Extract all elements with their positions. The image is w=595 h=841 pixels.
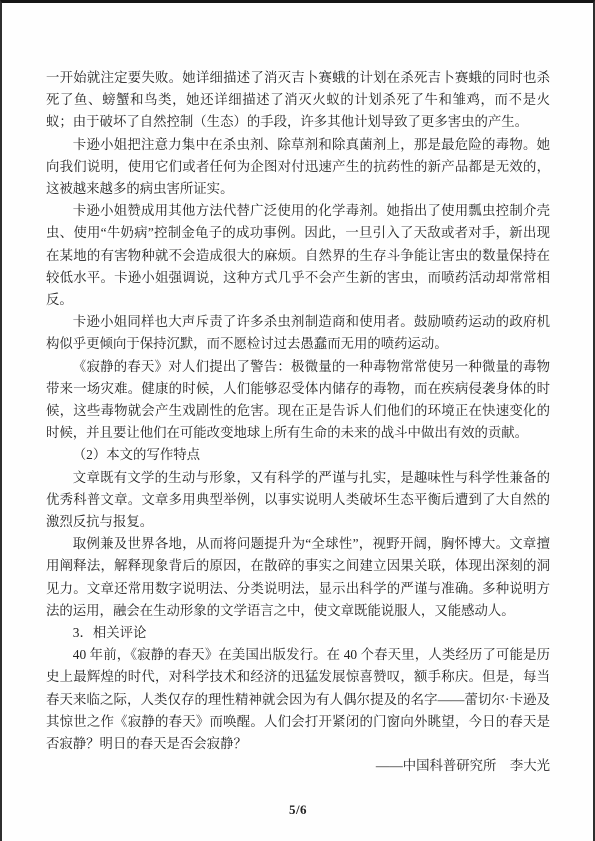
attribution-line: ——中国科普研究所 李大光: [46, 755, 550, 777]
document-body: 一开始就注定要失败。她详细描述了消灭吉卜赛蛾的计划在杀死吉卜赛蛾的同时也杀死了鱼…: [46, 67, 550, 778]
subsection-heading-related-comments: 3．相关评论: [46, 622, 550, 644]
subsection-heading-writing-features: （2）本文的写作特点: [46, 444, 550, 466]
paragraph: 卡逊小姐赞成用其他方法代替广泛使用的化学毒剂。她指出了使用瓢虫控制介壳虫、使用“…: [46, 200, 550, 311]
paragraph: 卡逊小姐把注意力集中在杀虫剂、除草剂和除真菌剂上，那是最危险的毒物。她向我们说明…: [46, 134, 550, 201]
page-number: 5/6: [46, 802, 550, 818]
paragraph: 《寂静的春天》对人们提出了警告：极微量的一种毒物常常使另一种微量的毒物带来一场灾…: [46, 356, 550, 445]
paragraph: 40 年前，《寂静的春天》在美国出版发行。在 40 个春天里，人类经历了可能是历…: [46, 644, 550, 755]
paragraph-continuation: 一开始就注定要失败。她详细描述了消灭吉卜赛蛾的计划在杀死吉卜赛蛾的同时也杀死了鱼…: [46, 67, 550, 134]
paragraph: 文章既有文学的生动与形象，又有科学的严谨与扎实，是趣味性与科学性兼备的优秀科普文…: [46, 467, 550, 534]
paragraph: 取例兼及世界各地，从而将问题提升为“全球性”，视野开阔，胸怀博大。文章擅用阐释法…: [46, 533, 550, 622]
document-page: 一开始就注定要失败。她详细描述了消灭吉卜赛蛾的计划在杀死吉卜赛蛾的同时也杀死了鱼…: [0, 0, 595, 841]
paragraph: 卡逊小姐同样也大声斥责了许多杀虫剂制造商和使用者。鼓励喷药运动的政府机构似乎更倾…: [46, 311, 550, 355]
